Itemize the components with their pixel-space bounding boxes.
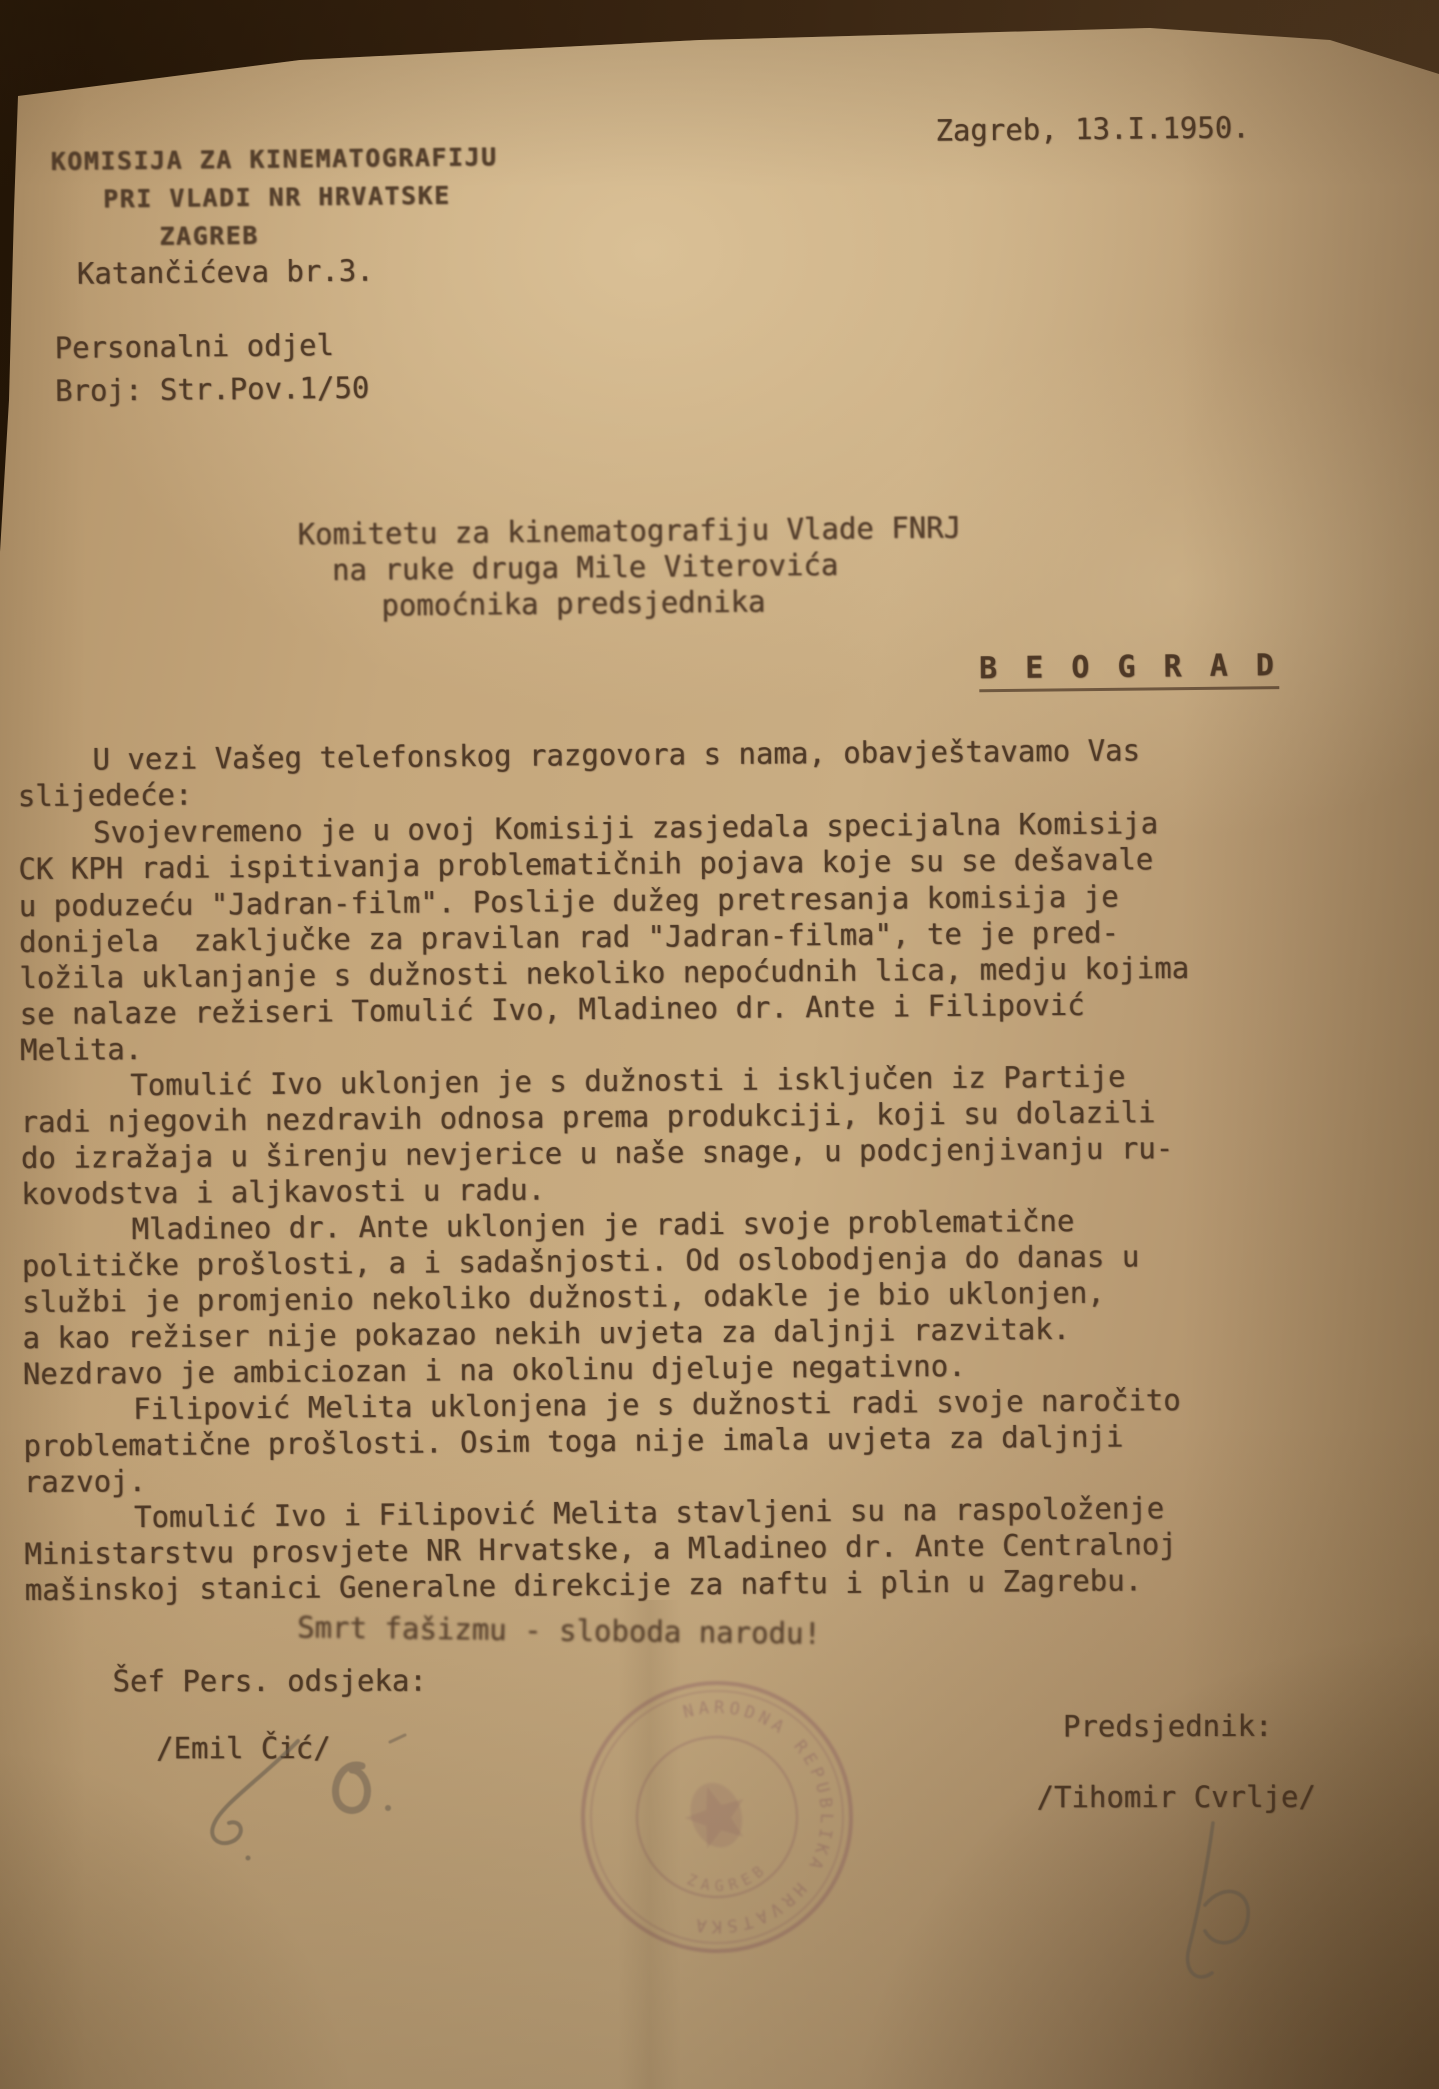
body-line: U vezi Vašeg telefonskog razgovora s nam… [92, 733, 1140, 776]
signature-left-name: /Emil Čić/ [156, 1731, 331, 1765]
body-line: kovodstva i aljkavosti u radu. [21, 1173, 545, 1212]
photo-background: { "document": { "letterhead": { "line1":… [0, 0, 1439, 2089]
signature-right-name: /Tihomir Cvrlje/ [1037, 1780, 1316, 1814]
body-line: se nalaze režiseri Tomulić Ivo, Mladineo… [20, 988, 1085, 1031]
body-line: Tomulić Ivo uklonjen je s dužnosti i isk… [130, 1059, 1125, 1102]
svg-text:ZAGREB: ZAGREB [680, 1847, 774, 1908]
body-line: razvoj. [24, 1464, 147, 1499]
body-line: mašinskoj stanici Generalne direkcije za… [25, 1563, 1143, 1607]
stamp-icon: NARODNA REPUBLIKA HRVATSKA ZAGREB [577, 1677, 857, 1957]
closing-slogan: Smrt fašizmu - sloboda narodu! [297, 1610, 821, 1650]
body-line: Mladineo dr. Ante uklonjen je radi svoje… [131, 1204, 1074, 1246]
signature-left-title: Šef Pers. odsjeka: [113, 1664, 427, 1699]
body-line: Nezdravo je ambiciozan i na okolinu djel… [23, 1349, 966, 1391]
body-line: slijedeće: [18, 778, 193, 814]
body-line: problematične prošlosti. Osim toga nije … [23, 1419, 1123, 1463]
official-stamp: NARODNA REPUBLIKA HRVATSKA ZAGREB [577, 1677, 857, 1957]
body-line: do izražaja u širenju nevjerice u naše s… [21, 1131, 1174, 1175]
body-line: CK KPH radi ispitivanja problematičnih p… [18, 842, 1153, 886]
signature-right-title: Predsjednik: [1063, 1709, 1273, 1743]
body-line: Melita. [20, 1032, 143, 1067]
stamp-inner-text: ZAGREB [680, 1847, 774, 1908]
